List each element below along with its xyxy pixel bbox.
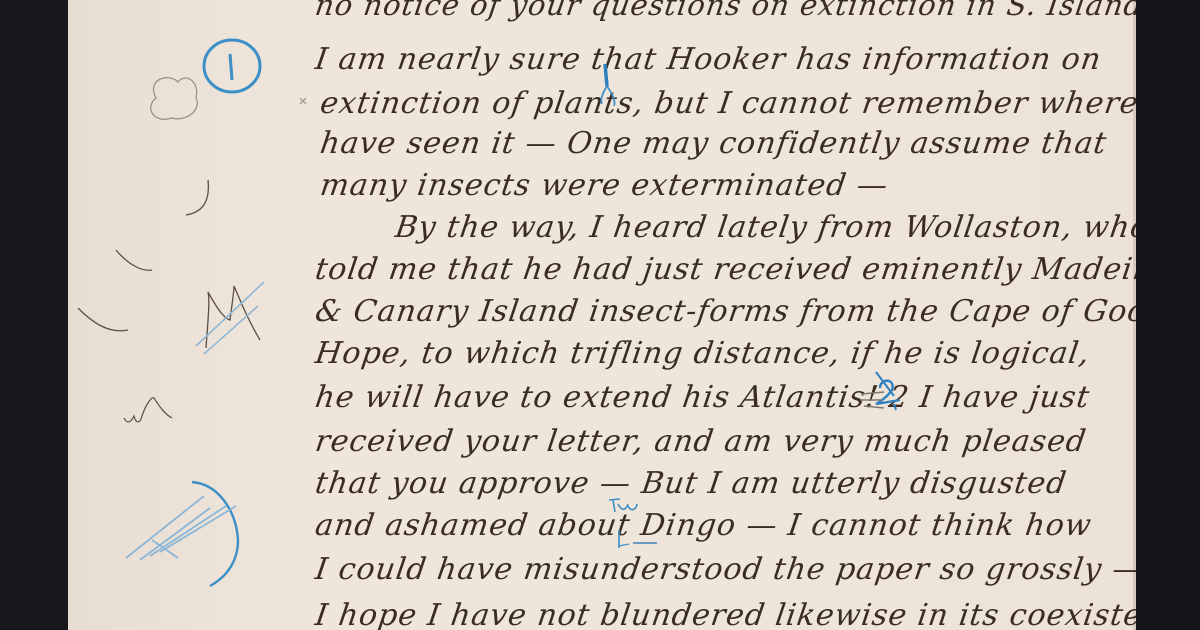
circled-word-icon (151, 78, 198, 120)
manuscript-page: no notice of your questions on extinctio… (68, 0, 1136, 630)
circled-number-icon (204, 40, 260, 92)
pencil-letter-m-icon (196, 282, 264, 354)
background-left (0, 0, 68, 630)
blue-bracket-icon (126, 482, 238, 586)
background-right (1136, 0, 1200, 630)
insert-the-icon (609, 499, 657, 548)
insert-mark-2-icon (860, 372, 900, 410)
insertion-caret-icon (601, 64, 614, 106)
margin-annotations (68, 0, 1136, 630)
